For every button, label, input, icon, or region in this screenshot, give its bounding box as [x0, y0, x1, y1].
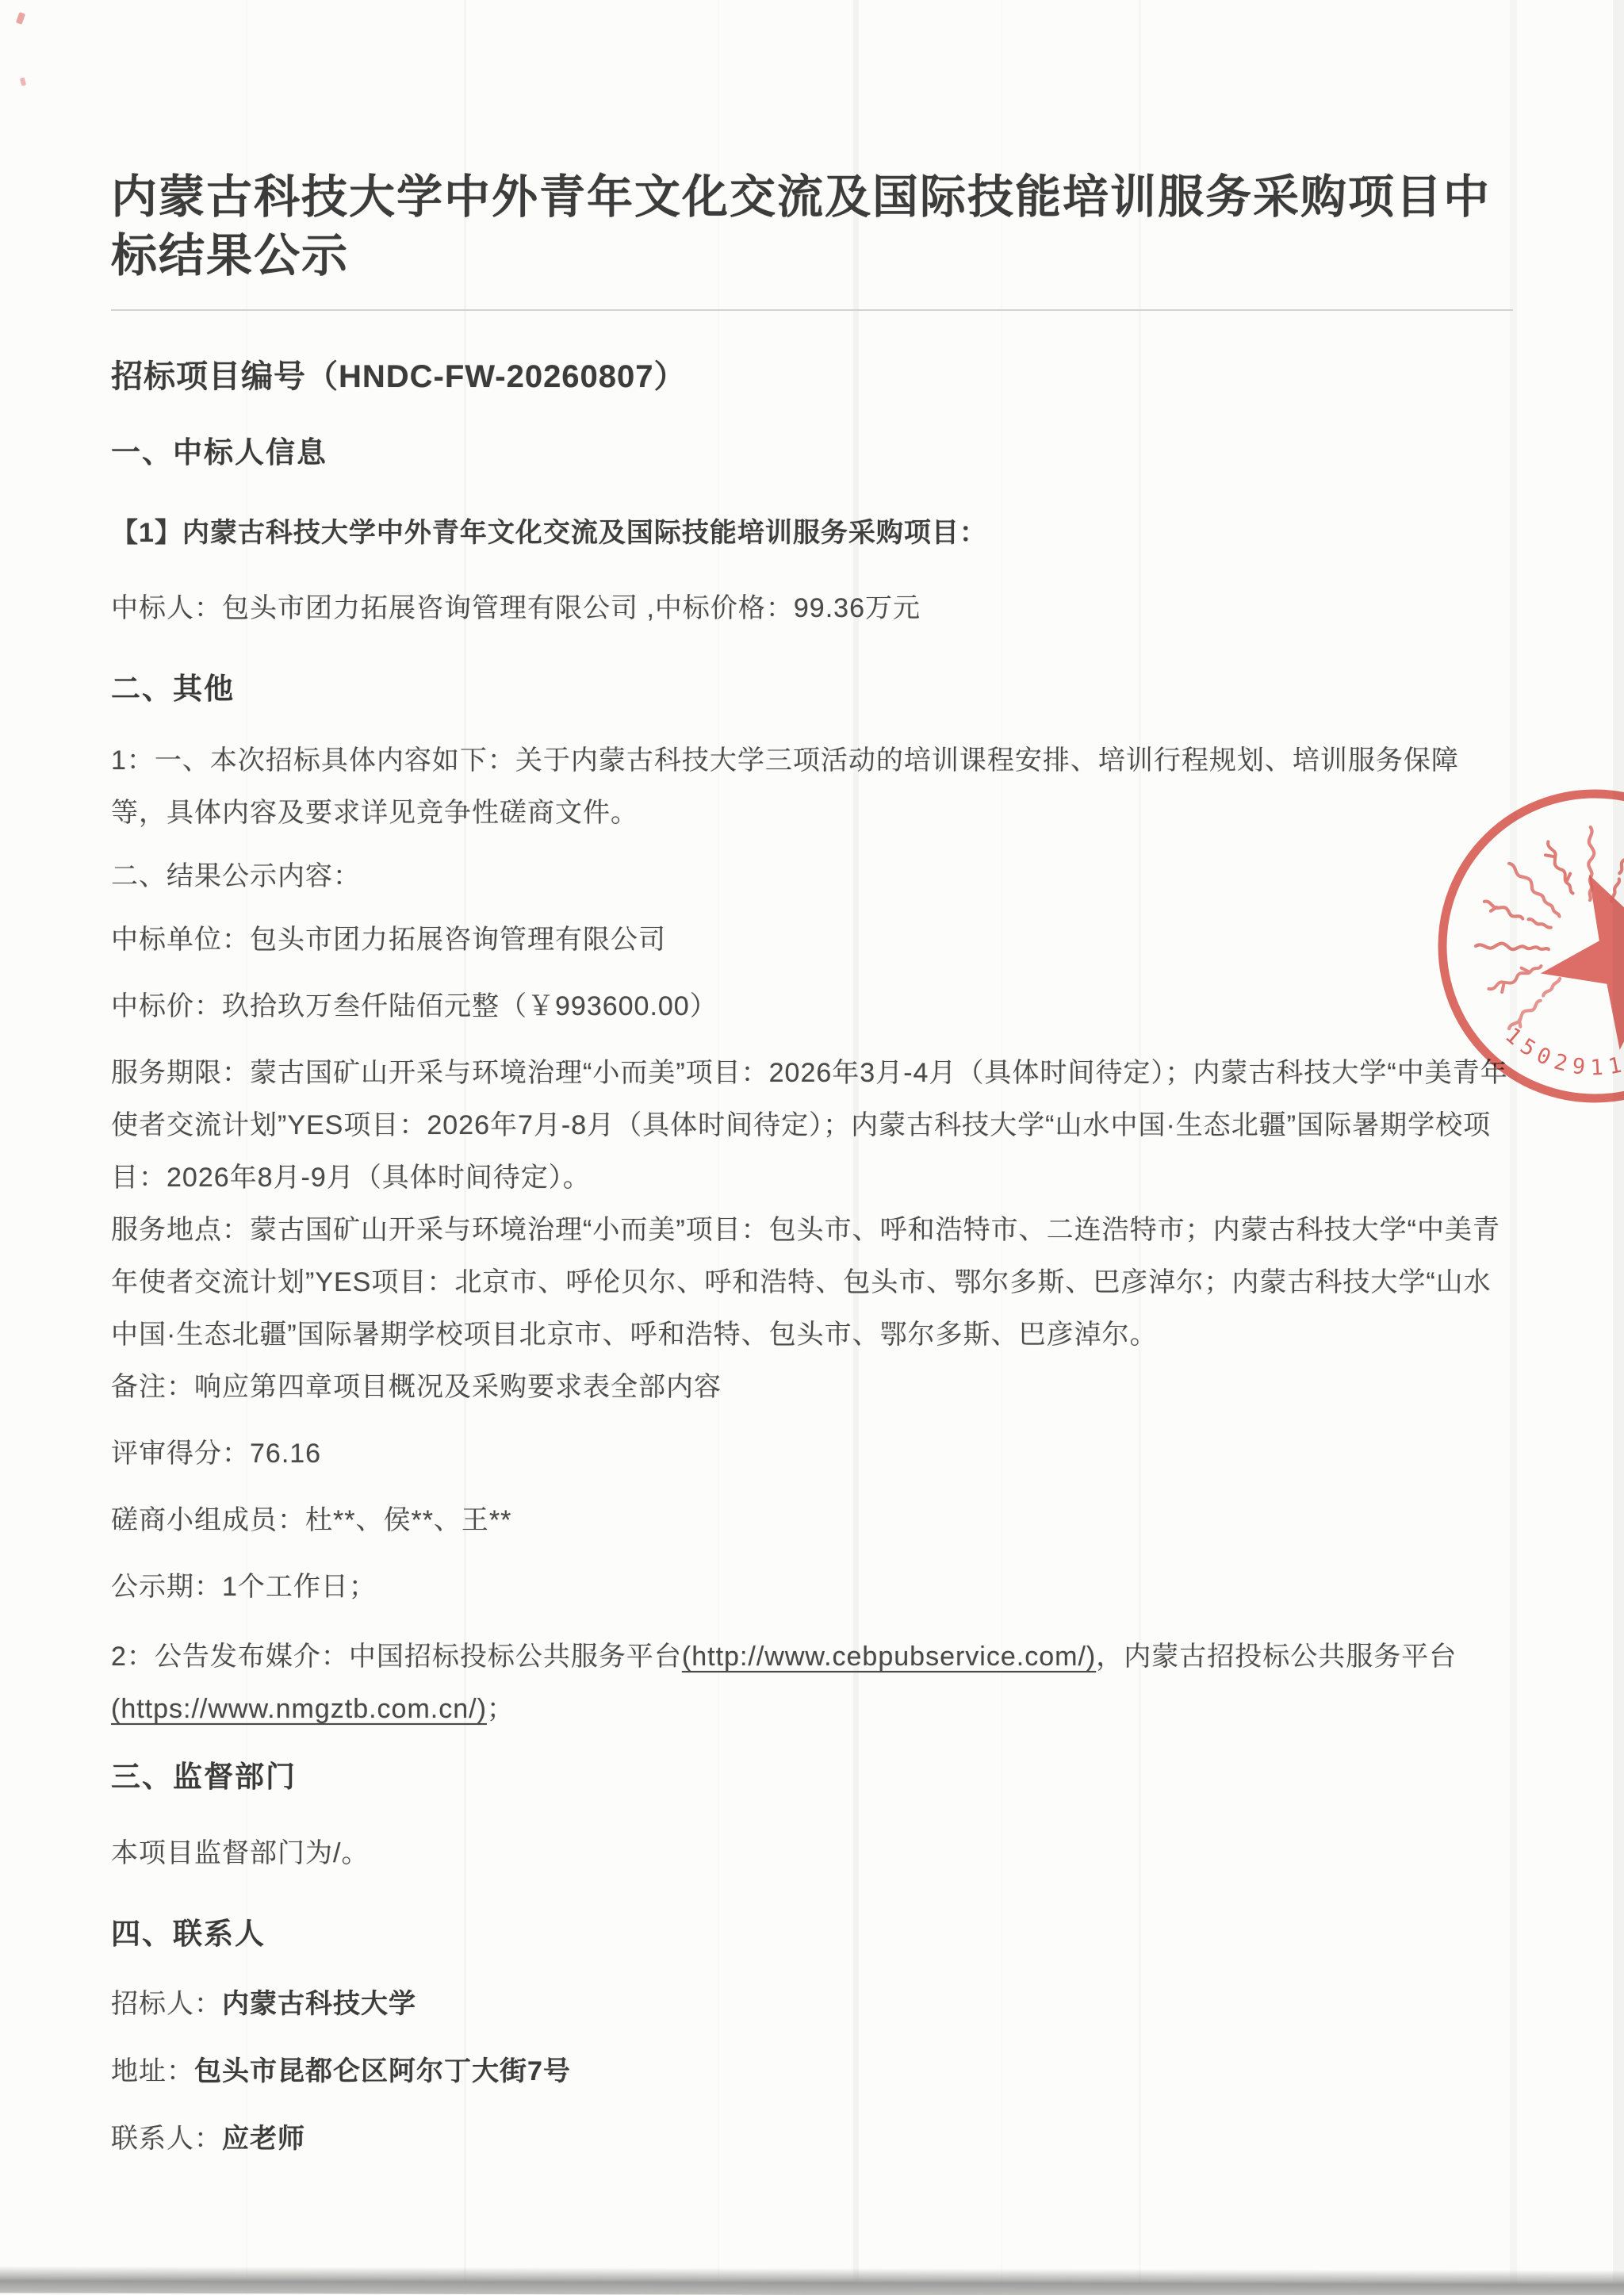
service-period-paragraph: 服务期限：蒙古国矿山开采与环境治理“小而美”项目：2026年3月-4月（具体时间… [111, 1047, 1513, 1204]
section-heading-winner-info: 一、中标人信息 [111, 433, 1513, 473]
supervision-body: 本项目监督部门为/。 [111, 1827, 1513, 1879]
contact-line: 联系人：应老师 [111, 2113, 1513, 2165]
link-cebpubservice[interactable]: (http://www.cebpubservice.com/) [682, 1642, 1096, 1672]
winner-line: 中标人：包头市团力拓展咨询管理有限公司 ,中标价格：99.36万元 [111, 582, 1513, 634]
document-page: 内蒙古科技大学中外青年文化交流及国际技能培训服务采购项目中标结果公示 招标项目编… [0, 0, 1624, 2295]
address-value: 包头市昆都仑区阿尔丁大街7号 [194, 2056, 571, 2086]
media-suffix: ； [487, 1694, 515, 1724]
bidder-value: 内蒙古科技大学 [222, 1989, 416, 2019]
section-heading-contact: 四、联系人 [111, 1914, 1513, 1954]
contact-label: 联系人： [111, 2124, 222, 2154]
address-label: 地址： [111, 2056, 194, 2086]
media-prefix: 2：公告发布媒介：中国招标投标公共服务平台 [111, 1642, 682, 1672]
contact-value: 应老师 [222, 2124, 305, 2154]
media-middle: ，内蒙古招投标公共服务平台 [1096, 1642, 1457, 1672]
link-nmgztb[interactable]: (https://www.nmgztb.com.cn/) [111, 1694, 487, 1724]
stamp-serial: 1502911C09 [1500, 1023, 1624, 1080]
publicity-period-line: 公示期：1个工作日； [111, 1561, 1513, 1613]
address-line: 地址：包头市昆都仑区阿尔丁大街7号 [111, 2045, 1513, 2098]
review-score-line: 评审得分：76.16 [111, 1427, 1513, 1480]
result-publicity-label: 二、结果公示内容： [111, 850, 1513, 902]
bidder-label: 招标人： [111, 1989, 222, 2019]
remark-line: 备注：响应第四章项目概况及采购要求表全部内容 [111, 1361, 1513, 1413]
winner-unit-line: 中标单位：包头市团力拓展咨询管理有限公司 [111, 914, 1513, 966]
title-divider [111, 309, 1513, 311]
panel-members-line: 磋商小组成员：杜**、侯**、王** [111, 1494, 1513, 1546]
winning-price-line: 中标价：玖拾玖万叁仟陆佰元整（￥993600.00） [111, 980, 1513, 1033]
stamp-star [1541, 875, 1624, 1050]
project-number: 招标项目编号（HNDC-FW-20260807） [111, 355, 1513, 398]
bidder-line: 招标人：内蒙古科技大学 [111, 1978, 1513, 2030]
page-title: 内蒙古科技大学中外青年文化交流及国际技能培训服务采购项目中标结果公示 [111, 168, 1513, 285]
media-paragraph: 2：公告发布媒介：中国招标投标公共服务平台(http://www.cebpubs… [111, 1630, 1513, 1735]
section-heading-supervision: 三、监督部门 [111, 1757, 1513, 1797]
document-content: 内蒙古科技大学中外青年文化交流及国际技能培训服务采购项目中标结果公示 招标项目编… [111, 168, 1513, 2165]
service-location-paragraph: 服务地点：蒙古国矿山开采与环境治理“小而美”项目：包头市、呼和浩特市、二连浩特市… [111, 1204, 1513, 1361]
section-heading-other: 二、其他 [111, 669, 1513, 709]
scan-edge-strip [0, 2266, 1624, 2295]
tender-content-paragraph: 1：一、本次招标具体内容如下：关于内蒙古科技大学三项活动的培训课程安排、培训行程… [111, 734, 1513, 839]
item-heading: 【1】内蒙古科技大学中外青年文化交流及国际技能培训服务采购项目： [111, 509, 1513, 557]
